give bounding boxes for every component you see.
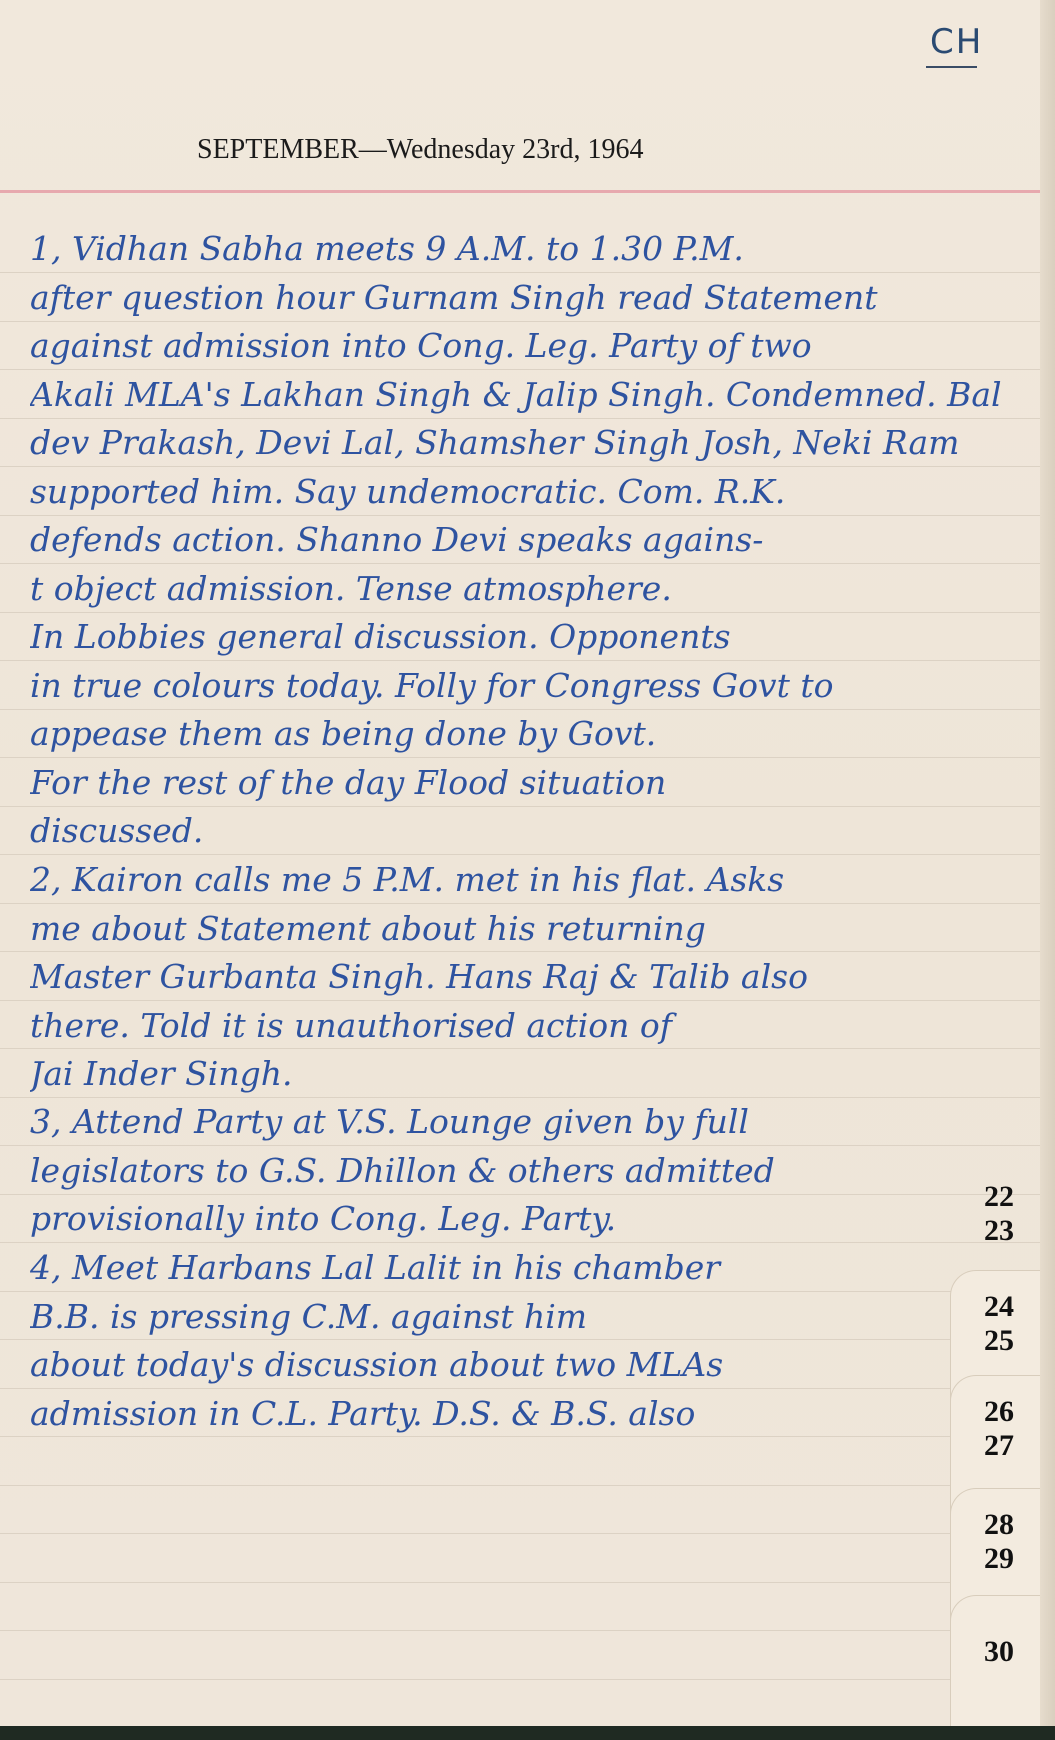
entry-line: there. Told it is unauthorised action of <box>30 1002 1020 1051</box>
entry-line: supported him. Say undemocratic. Com. R.… <box>30 468 1020 517</box>
entry-line: 4, Meet Harbans Lal Lalit in his chamber <box>30 1244 930 1293</box>
entry-line: appease them as being done by Govt. <box>30 710 1020 759</box>
entry-line: t object admission. Tense atmosphere. <box>30 565 1020 614</box>
page-edge <box>1040 0 1055 1740</box>
date-group: 30 <box>958 1635 1040 1669</box>
book-cover-edge <box>0 1726 1055 1740</box>
date-label: 29 <box>958 1542 1040 1576</box>
entry-line: in true colours today. Folly for Congres… <box>30 662 1020 711</box>
entry-line: B.B. is pressing C.M. against him <box>30 1293 930 1342</box>
page-title: SEPTEMBER—Wednesday 23rd, 1964 <box>197 134 644 166</box>
corner-initials: CH <box>930 22 983 62</box>
ruled-line <box>0 1533 1040 1534</box>
entry-line: Master Gurbanta Singh. Hans Raj & Talib … <box>30 953 1020 1002</box>
date-label: 27 <box>958 1429 1040 1463</box>
entry-line: about today's discussion about two MLAs <box>30 1341 930 1390</box>
date-label: 28 <box>958 1508 1040 1542</box>
entry-line: dev Prakash, Devi Lal, Shamsher Singh Jo… <box>30 419 1020 468</box>
entry-line: 3, Attend Party at V.S. Lounge given by … <box>30 1098 1020 1147</box>
date-group: 24 25 <box>958 1290 1040 1358</box>
date-label: 24 <box>958 1290 1040 1324</box>
entry-line: Akali MLA's Lakhan Singh & Jalip Singh. … <box>30 371 1020 420</box>
entry-line: against admission into Cong. Leg. Party … <box>30 322 1020 371</box>
entry-line: provisionally into Cong. Leg. Party. <box>30 1195 1020 1244</box>
diary-entry-2: 2, Kairon calls me 5 P.M. met in his fla… <box>30 856 1020 1099</box>
diary-entry-3: 3, Attend Party at V.S. Lounge given by … <box>30 1098 1020 1244</box>
diary-entry-1: 1, Vidhan Sabha meets 9 A.M. to 1.30 P.M… <box>30 225 1020 856</box>
entry-line: In Lobbies general discussion. Opponents <box>30 613 1020 662</box>
date-group: 28 29 <box>958 1508 1040 1576</box>
entry-line: discussed. <box>30 807 1020 856</box>
diary-entry-4: 4, Meet Harbans Lal Lalit in his chamber… <box>30 1244 930 1438</box>
entry-line: For the rest of the day Flood situation <box>30 759 1020 808</box>
ruled-line <box>0 1582 1040 1583</box>
entry-line: legislators to G.S. Dhillon & others adm… <box>30 1147 1020 1196</box>
entry-line: me about Statement about his returning <box>30 905 1020 954</box>
date-label: 30 <box>958 1635 1040 1669</box>
entry-line: Jai Inder Singh. <box>30 1050 1020 1099</box>
ruled-line <box>0 1630 1040 1631</box>
date-group: 26 27 <box>958 1395 1040 1463</box>
ruled-line <box>0 1485 1040 1486</box>
header-margin-line <box>0 190 1040 193</box>
date-label: 26 <box>958 1395 1040 1429</box>
entry-line: admission in C.L. Party. D.S. & B.S. als… <box>30 1390 930 1439</box>
entry-line: after question hour Gurnam Singh read St… <box>30 274 1020 323</box>
entry-line: 2, Kairon calls me 5 P.M. met in his fla… <box>30 856 1020 905</box>
entry-line: defends action. Shanno Devi speaks again… <box>30 516 1020 565</box>
date-label: 25 <box>958 1324 1040 1358</box>
ruled-line <box>0 1679 1040 1680</box>
diary-page: CH SEPTEMBER—Wednesday 23rd, 1964 22 23 … <box>0 0 1040 1725</box>
entry-line: 1, Vidhan Sabha meets 9 A.M. to 1.30 P.M… <box>30 225 1020 274</box>
